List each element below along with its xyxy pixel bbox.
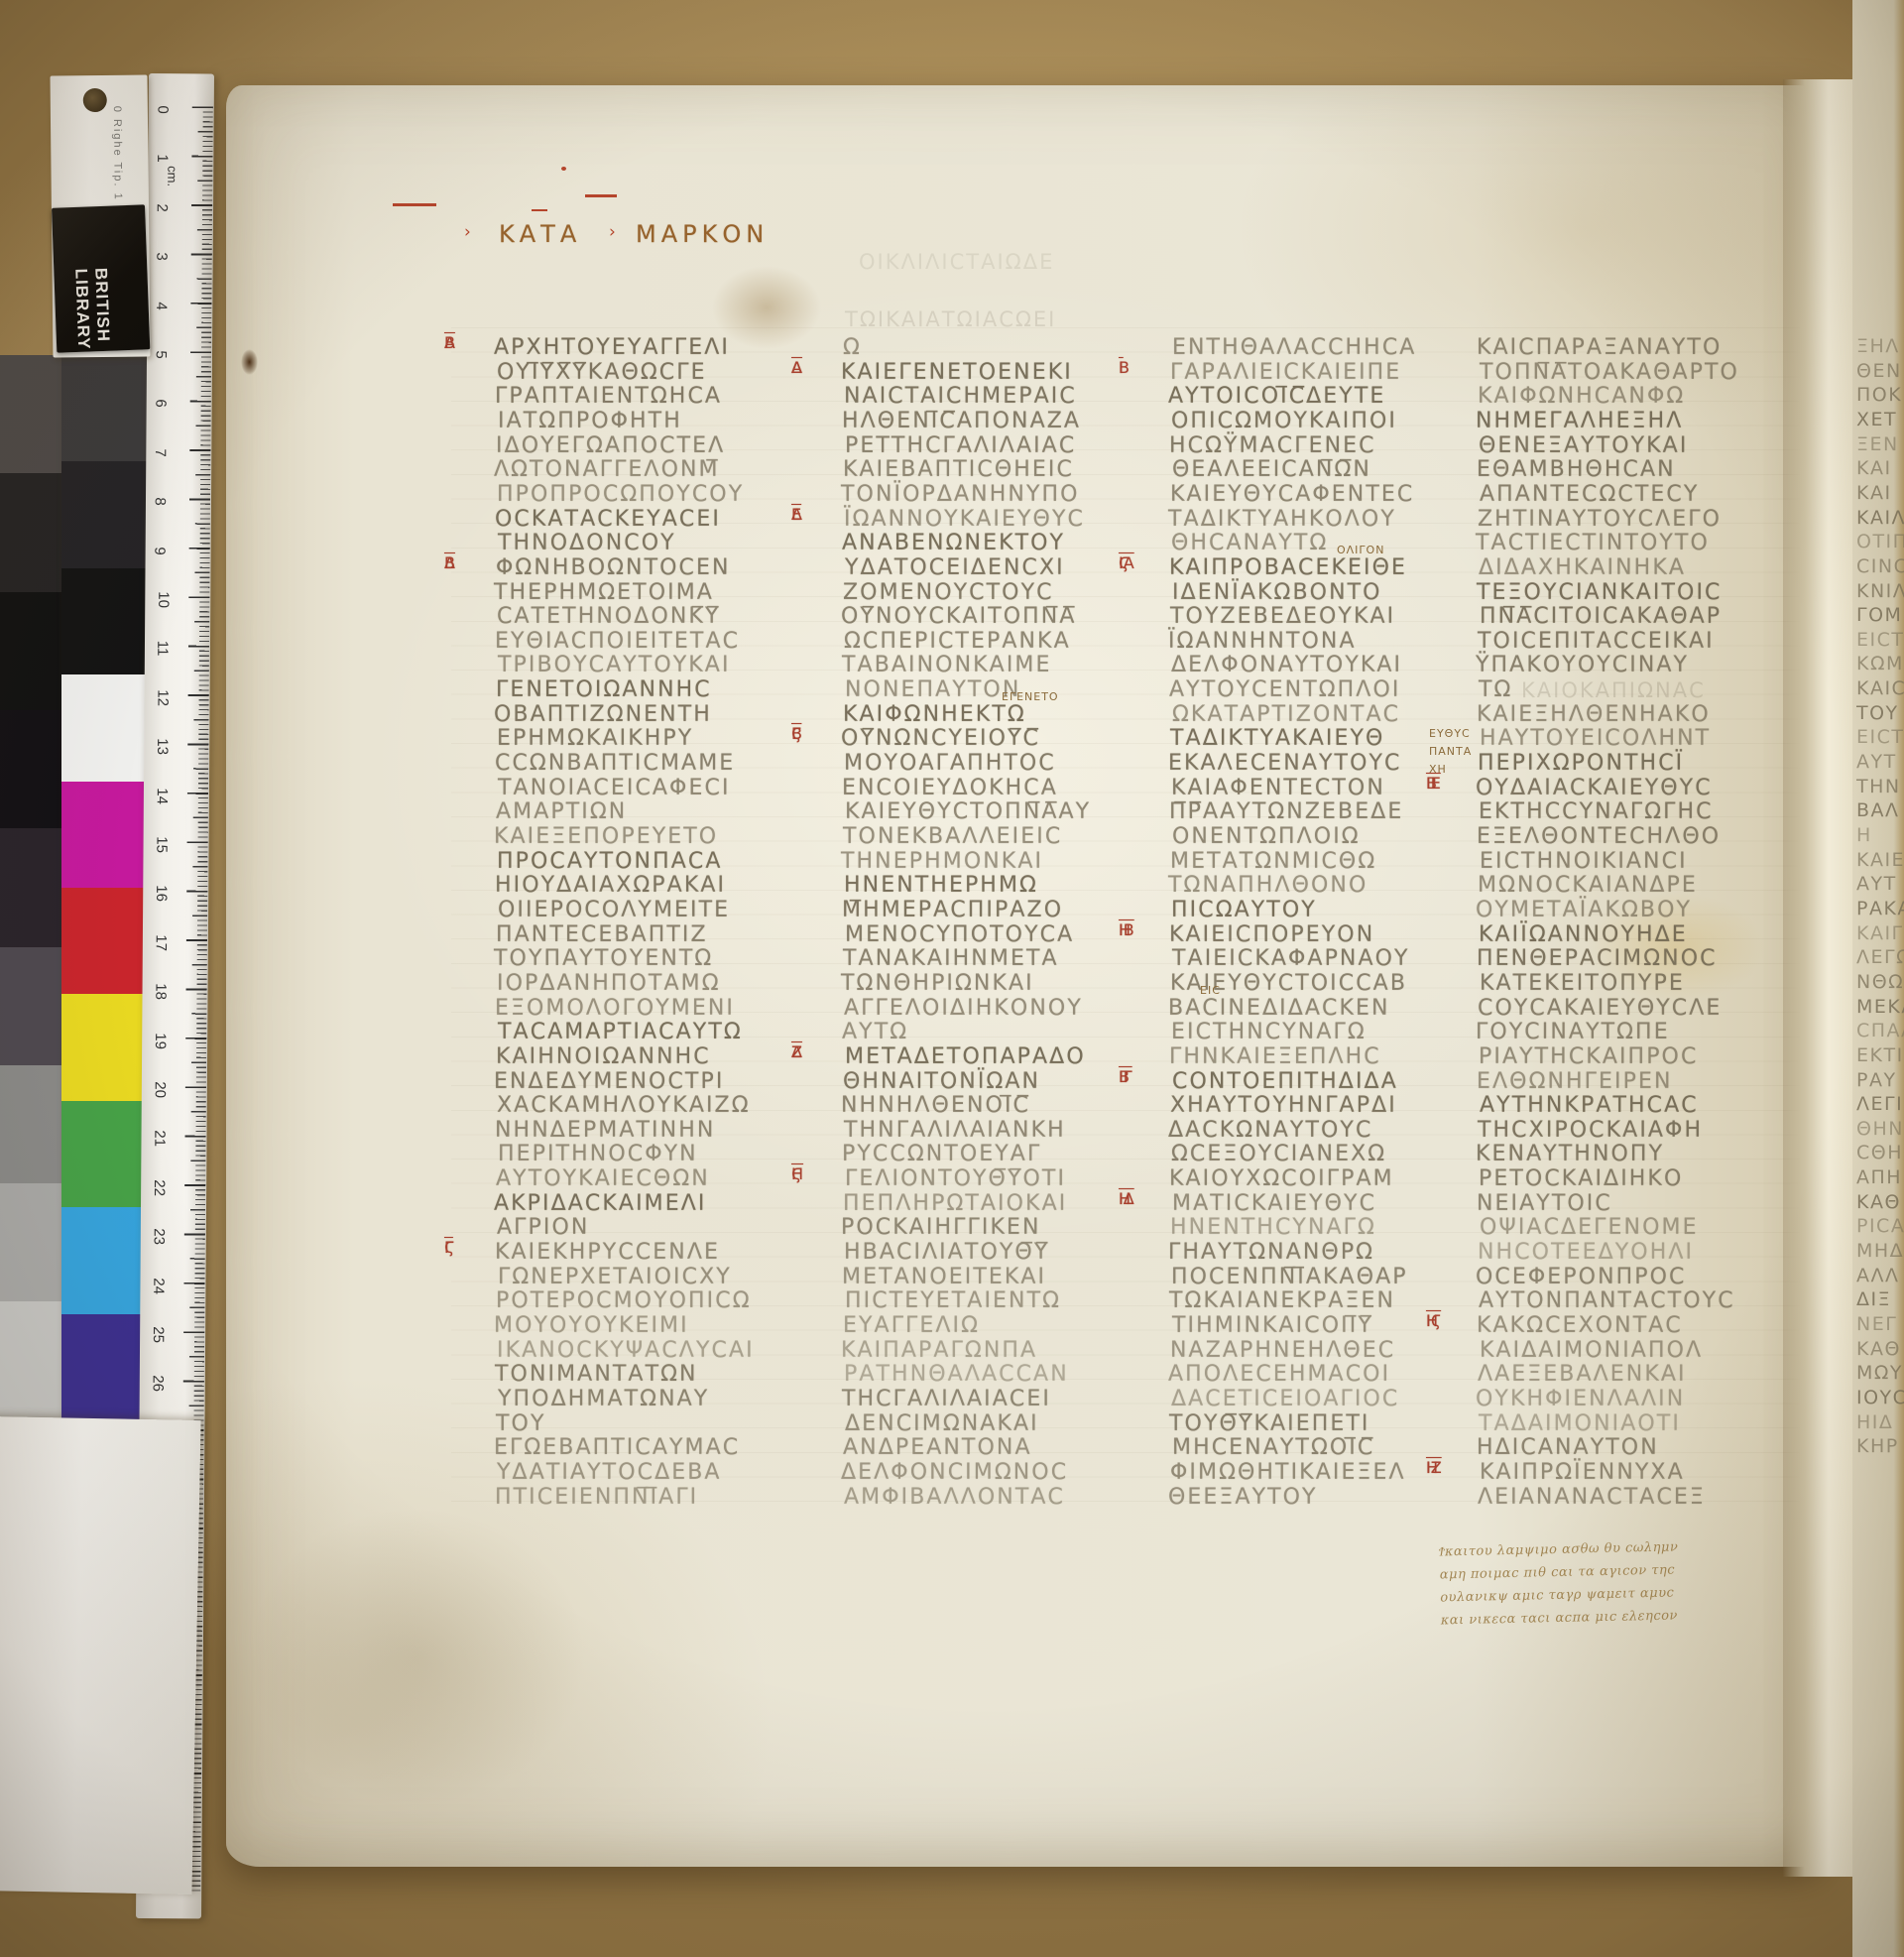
manuscript-line: ΕΚΑΛΕϹΕΝΑΥΤΟΥϹ	[1168, 751, 1402, 776]
facing-page-line-fragment: ΒΑΛ	[1856, 799, 1904, 821]
facing-page-line-fragment: ΑΠΗ	[1856, 1166, 1904, 1188]
ruler-number: 24	[150, 1278, 167, 1294]
manuscript-line: ΤΟΝΪΟΡΔΑΝΗΝΥΠΟ	[841, 482, 1080, 507]
manuscript-line: ΔΙΔΑΧΗΚΑΙΝΗΚΑ	[1479, 555, 1686, 580]
manuscript-line: ΚΑΙΕΞΕΠΟΡΕΥΕΤΟ	[494, 824, 718, 849]
manuscript-line: ΖΟΜΕΝΟΥϹΤΟΥϹ	[843, 580, 1054, 605]
manuscript-line: ΟΒΑΠΤΙΖΩΝΕΝΤΗ	[494, 702, 712, 727]
manuscript-line: ϹϹΩΝΒΑΠΤΙϹΜΑΜΕ	[495, 751, 735, 776]
manuscript-line: ΤΑΔΙΚΤΥΑΚΑΙΕΥΘ	[1170, 726, 1384, 751]
manuscript-line: ΟΥΜΕΤΑΪΑΚΩΒΟΥ	[1476, 898, 1692, 922]
manuscript-line: ΚΑΙΕΚΗΡΥϹϹΕΝΛΕ	[495, 1240, 720, 1265]
manuscript-line: ΟϹΕΦΕΡΟΝΠΡΟϹ	[1476, 1265, 1687, 1289]
manuscript-line: ΠΡΟΠΡΟϹΩΠΟΥϹΟΥ	[497, 482, 744, 507]
manuscript-line: ΓΩΝΕΡΧΕΤΑΙΟΙϹΧΥ	[498, 1265, 732, 1289]
ruler-number: 19	[152, 1033, 169, 1049]
ruler-number: 1	[154, 155, 171, 163]
manuscript-line: ΤΗϹΧΙΡΟϹΚΑΙΑΦΗ	[1478, 1118, 1703, 1143]
facing-page-line-fragment: ΚΑΙ	[1856, 482, 1904, 504]
manuscript-line: ΡΕΤΤΗϹΓΑΛΙΛΑΙΑϹ	[845, 433, 1076, 458]
facing-page-line-fragment: ΞΗΛ	[1856, 335, 1904, 357]
facing-page-line-fragment: ΔΙΞ	[1856, 1288, 1904, 1310]
manuscript-line: ΤΑϹΑΜΑΡΤΙΑϹΑΥΤΩ	[498, 1020, 743, 1044]
eusebian-canon-number: Η	[1119, 1189, 1130, 1209]
manuscript-line: ΚΕΝΑΥΤΗΝΟΠΥ	[1476, 1142, 1664, 1166]
manuscript-line: ΜΩΝΟϹΚΑΙΑΝΔΡΕ	[1478, 873, 1698, 898]
manuscript-line: ΧΑϹΚΑΜΗΛΟΥΚΑΙΖΩ	[497, 1093, 751, 1118]
manuscript-line: ϹΟΥϹΑΚΑΙΕΥΘΥϹΛΕ	[1478, 996, 1722, 1021]
manuscript-line: ΑΥΤΟΝΠΑΝΤΑϹΤΟΥϹ	[1479, 1288, 1735, 1313]
manuscript-line: ΧΗΑΥΤΟΥΗΝΓΑΡΔΙ	[1170, 1093, 1397, 1118]
manuscript-line: ΜΑΤΙϹΚΑΙΕΥΘΥϹ	[1172, 1191, 1376, 1216]
ruler-number: 12	[154, 689, 171, 706]
manuscript-photo: cm. 012345678910111213141516171819202122…	[0, 0, 1904, 1957]
manuscript-line: ΤΩΝΑΠΗΛΘΟΝΟ	[1168, 873, 1368, 898]
manuscript-line: ΘΕΝΕΞΑΥΤΟΥΚΑΙ	[1479, 433, 1688, 458]
manuscript-line: ΝΗΝΔΕΡΜΑΤΙΝΗΝ	[495, 1118, 715, 1143]
manuscript-line: ΚΑΙϹΠΑΡΑΞΑΝΑΥΤΟ	[1477, 335, 1722, 360]
manuscript-line: Ω	[843, 335, 862, 360]
white-backing-card	[0, 1416, 201, 1895]
manuscript-line: ΠΙϹΤΕΥΕΤΑΙΕΝΤΩ	[845, 1288, 1061, 1313]
facing-page-line-fragment: ΘΕΝ	[1856, 360, 1904, 382]
ruler-number: 18	[152, 983, 169, 1000]
manuscript-line: ΤΟΙϹΕΠΙΤΑϹϹΕΙΚΑΙ	[1478, 629, 1715, 654]
color-patch-red	[61, 888, 151, 995]
manuscript-line: ΤΗΝΓΑΛΙΛΑΙΑΝΚΗ	[844, 1118, 1066, 1143]
ruler-number: 23	[151, 1228, 168, 1245]
manuscript-line: ΔΕΛΦΟΝϹΙΜΩΝΟϹ	[841, 1460, 1068, 1485]
facing-page-line-fragment: ϹΙΝϹ	[1856, 555, 1904, 577]
ruler-number: 14	[154, 788, 171, 804]
manuscript-line: ΟϹΚΑΤΑϹΚΕΥΑϹΕΙ	[495, 507, 721, 532]
manuscript-line: ΚΑΤΕΚΕΙΤΟΠΥΡΕ	[1480, 971, 1685, 996]
manuscript-line: ΟΠΙϹΩΜΟΥΚΑΙΠΟΙ	[1171, 409, 1397, 433]
manuscript-line: ΙΚΑΝΟϹΚΥΨΑϹΛΥϹΑΙ	[497, 1338, 755, 1363]
manuscript-line: ΖΗΤΙΝΑΥΤΟΥϹΛΕΓΟ	[1478, 507, 1722, 532]
manuscript-line: ΑΥΤΟΥϹΕΝΤΩΠΛΟΙ	[1169, 677, 1400, 702]
manuscript-line: ΚΑΙΕΞΗΛΘΕΝΗΑΚΟ	[1477, 702, 1711, 727]
erased-ghost-text: ΟΙΚΛΙΛΙϹΤΑΙΩΔΕ	[859, 250, 1054, 274]
ruler-number: 3	[153, 253, 170, 261]
ruler-number: 25	[150, 1326, 167, 1343]
manuscript-line: ΑΜΦΙΒΑΛΛΟΝΤΑϹ	[844, 1485, 1065, 1510]
manuscript-line: ΕΞΕΛΘΟΝΤΕϹΗΛΘΟ	[1477, 824, 1721, 849]
manuscript-line: ΤΩΝΘΗΡΙΩΝΚΑΙ	[841, 971, 1034, 996]
manuscript-line: ΤΟΝΙΜΑΝΤΑΤΩΝ	[495, 1362, 698, 1387]
manuscript-line: ΤΑΙΕΙϹΚΑΦΑΡΝΑΟΥ	[1172, 946, 1410, 971]
manuscript-line: ΓΕΝΕΤΟΙΩΑΝΝΗϹ	[496, 677, 712, 702]
manuscript-line: ΙΔΟΥΕΓΩΑΠΟϹΤΕΛ	[496, 433, 725, 458]
manuscript-line: ΟΥΙ̅Υ̅Χ̅Υ̅ΚΑΘΩϹΓΕ	[497, 360, 707, 385]
manuscript-line: ΚΑΙΕΥΘΥϹΤΟΠΝ̅Α̅ΑΥ	[845, 799, 1091, 824]
grayscale-step	[0, 473, 61, 592]
color-calibration-strip	[61, 355, 151, 1420]
manuscript-line: ΚΑΙΕΥΘΥϹΑΦΕΝΤΕϹ	[1170, 482, 1414, 507]
ruler-number: 22	[151, 1179, 168, 1196]
eusebian-canon-number: Η	[1119, 920, 1130, 940]
facing-page-line-fragment: ΚΗΡ	[1856, 1435, 1904, 1457]
manuscript-line: ΕΝΔΕΔΥΜΕΝΟϹΤΡΙ	[494, 1069, 724, 1094]
manuscript-line: ΤΙΗΜΙΝΚΑΙϹΟΙΙ̅Υ̅	[1172, 1313, 1373, 1338]
manuscript-line: ΛΑΕΞΕΒΑΛΕΝΚΑΙ	[1478, 1362, 1687, 1387]
cursive-marginal-note: Ϯκαιτου λαμψιμο ασθω θυ ϲωλημναμη ποιμαϲ…	[1439, 1534, 1768, 1633]
red-dot	[561, 167, 566, 171]
manuscript-line: ΕΞΟΜΟΛΟΓΟΥΜΕΝΙ	[495, 996, 735, 1021]
manuscript-line: ΡΑΤΗΝΘΑΛΑϹϹΑΝ	[844, 1362, 1069, 1387]
manuscript-line: ΝΑΙϹΤΑΙϹΗΜΕΡΑΙϹ	[844, 384, 1077, 409]
grayscale-step	[0, 828, 61, 947]
manuscript-line: ΜΕΤΑΝΟΕΙΤΕΚΑΙ	[842, 1265, 1046, 1289]
manuscript-line: ΠΟϹΕΝΠΝ̅Ι̅ΑΚΑΘΑΡ	[1171, 1265, 1408, 1289]
facing-page-line-fragment: ΑΥΤ	[1856, 751, 1904, 773]
manuscript-line: ΤΟΥΠΑΥΤΟΥΕΝΤΩ	[494, 946, 713, 971]
library-label-line2: LIBRARY	[70, 268, 93, 350]
red-ornament-stroke	[585, 194, 617, 197]
color-patch-black	[61, 568, 151, 675]
facing-page-line-fragment: ΓΟΜ	[1856, 604, 1904, 626]
manuscript-line: ΗΒΑϹΙΛΙΑΤΟΥΘ̅Υ̅	[844, 1240, 1049, 1265]
facing-page-line-fragment: ΜΗΔ	[1856, 1240, 1904, 1262]
manuscript-line: Π̅Ρ̅ΑΑΥΤΩΝΖΕΒΕΔΕ	[1169, 799, 1403, 824]
manuscript-line: ΤΡΙΒΟΥϹΑΥΤΟΥΚΑΙ	[498, 653, 731, 677]
manuscript-line: ΤΑΔΙΚΤΥΑΗΚΟΛΟΥ	[1168, 507, 1396, 532]
interlinear-correction: ΟΛΙΓΟΝ	[1337, 544, 1384, 556]
eusebian-canon-number: Β	[444, 333, 455, 353]
color-patch-white	[61, 674, 151, 782]
manuscript-line: ΕΡΗΜΩΚΑΙΚΗΡΥ	[497, 726, 693, 751]
manuscript-line: ΤΗϹΓΑΛΙΛΑΙΑϹΕΙ	[842, 1387, 1051, 1411]
manuscript-line: ΘΗΝΑΙΤΟΝΪΩΑΝ	[843, 1069, 1040, 1094]
manuscript-line: ΝΑΖΑΡΗΝΕΗΛΘΕϹ	[1170, 1338, 1395, 1363]
manuscript-line: ΦΙΜΩΘΗΤΙΚΑΙΕΞΕΛ	[1170, 1460, 1406, 1485]
manuscript-line: ΤΩ	[1479, 677, 1512, 702]
manuscript-line: ΡΟΤΕΡΟϹΜΟΥΟΠΙϹΩ	[496, 1288, 752, 1313]
manuscript-line: ΕΚΤΗϹϹΥΝΑΓΩΓΗϹ	[1479, 799, 1714, 824]
corrector-note-line: ΠΑΝΤΑ	[1429, 743, 1472, 761]
manuscript-line: ΗΝΕΝΤΗΕΡΗΜΩ	[844, 873, 1038, 898]
manuscript-line: ΑΥΤΟΙϹΟΙ̅Ϲ̅ΔΕΥΤΕ	[1168, 384, 1385, 409]
manuscript-line: ΚΑΙΪΩΑΝΝΟΥΗΔΕ	[1479, 922, 1688, 947]
manuscript-line: ΩΚΑΤΑΡΤΙΖΟΝΤΑϹ	[1172, 702, 1400, 727]
manuscript-line: ΑΥΤΟΥΚΑΙΕϹΘΩΝ	[496, 1166, 710, 1191]
interlinear-correction: ΕΙϹ	[1200, 984, 1221, 997]
book-title-markon: ΜΑΡΚΟΝ	[636, 220, 769, 248]
eusebian-canon-number: Β	[1119, 1067, 1130, 1087]
manuscript-line: ΤΟΥΘ̅Υ̅ΚΑΙΕΠΕΤΙ	[1169, 1411, 1369, 1436]
manuscript-line: ΔΑϹΚΩΝΑΥΤΟΥϹ	[1168, 1118, 1372, 1143]
grayscale-calibration-strip	[0, 355, 61, 1420]
color-patch-yellow	[61, 994, 151, 1101]
facing-page-line-fragment: ϹΠΑΛ	[1856, 1020, 1904, 1041]
manuscript-line: ΩϹΕΞΟΥϹΙΑΝΕΧΩ	[1171, 1142, 1386, 1166]
eusebian-canon-number: Δ	[791, 1042, 802, 1062]
manuscript-line: ΚΑΙΦΩΝΗϹΑΝΦΩ	[1478, 384, 1685, 409]
ruler-number: 17	[153, 934, 170, 951]
manuscript-line: ΟΥ̅ΝΟΥϹΚΑΙΤΟΠΝ̅Α̅	[841, 604, 1077, 629]
eusebian-canon-number: Ϛ	[444, 1238, 454, 1258]
manuscript-line: ΠΕΝΘΕΡΑϹΙΜΩΝΟϹ	[1477, 946, 1718, 971]
manuscript-line: ΜΕΤΑΔΕΤΟΠΑΡΑΔΟ	[845, 1044, 1086, 1069]
manuscript-line: ΕΙϹΤΗΝΟΙΚΙΑΝϹΙ	[1480, 849, 1688, 874]
manuscript-line: ΟΥ̅ΝΩΝϹΥΕΙΟΥ̅Ϲ̅	[841, 726, 1040, 751]
eusebian-canon-number: Η	[1426, 1311, 1438, 1331]
facing-page-line-fragment: ΙΟΥϹ	[1856, 1387, 1904, 1408]
manuscript-line: ΤΗΕΡΗΜΩΕΤΟΙΜΑ	[494, 580, 714, 605]
facing-page-line-fragment: ΛΕΓΙ	[1856, 1093, 1904, 1115]
manuscript-line: ΓΗΑΥΤΩΝΑΝΘΡΩ	[1168, 1240, 1374, 1265]
manuscript-line: ΜΟΥΟΑΓΑΠΗΤΟϹ	[844, 751, 1056, 776]
facing-page-line-fragment: ΞΕΝ	[1856, 433, 1904, 455]
facing-page-line-fragment: ϹΘΗ	[1856, 1142, 1904, 1163]
manuscript-line: ΥΔΑΤΙΑΥΤΟϹΔΕΒΑ	[497, 1460, 722, 1485]
ruler-number: 26	[150, 1376, 167, 1393]
color-patch-charcoal	[61, 461, 151, 568]
manuscript-line: ϹΑΤΕΤΗΝΟΔΟΝΚ̅Υ̅	[497, 604, 721, 629]
facing-page-line-fragment: ΡΑΥ	[1856, 1069, 1904, 1091]
manuscript-line: ΤΑΝΑΚΑΙΗΝΜΕΤΑ	[843, 946, 1059, 971]
color-patch-indigo	[61, 1314, 151, 1421]
british-library-label: BRITISH LIBRARY	[52, 204, 150, 352]
facing-page-line-fragment: ΜΩΥ	[1856, 1362, 1904, 1384]
manuscript-line: ΔΕΛΦΟΝΑΥΤΟΥΚΑΙ	[1171, 653, 1402, 677]
ruler-number: 7	[152, 448, 169, 456]
manuscript-line: ΤΩΚΑΙΑΝΕΚΡΑΞΕΝ	[1169, 1288, 1395, 1313]
facing-page-line-fragment: ΧΕΤ	[1856, 409, 1904, 430]
facing-page-line-fragment: ΝΘΩ	[1856, 971, 1904, 993]
red-ornament-stroke	[393, 203, 436, 206]
manuscript-line: ΟΥΚΗΦΙΕΝΛΑΛΙΝ	[1476, 1387, 1685, 1411]
facing-page-line-fragment: ΚΑΘ	[1856, 1338, 1904, 1360]
manuscript-line: ΗΝΕΝΤΗϹΥΝΑΓΩ	[1170, 1215, 1376, 1240]
manuscript-line: Μ̅ΗΜΕΡΑϹΠΙΡΑΖΟ	[842, 898, 1063, 922]
manuscript-line: ΠΙϹΩΑΥΤΟΥ	[1171, 898, 1317, 922]
manuscript-line: ΚΑΙΗΝΟΙΩΑΝΝΗϹ	[496, 1044, 711, 1069]
ruler-number: 4	[153, 302, 170, 309]
facing-page-line-fragment: ΝΕΓ	[1856, 1313, 1904, 1335]
manuscript-line: ΕΥΑΓΓΕΛΙΩ	[843, 1313, 980, 1338]
manuscript-line: ΑΓΡΙΟΝ	[497, 1215, 589, 1240]
manuscript-line: ΚΑΙΔΑΙΜΟΝΙΑΠΟΛ	[1480, 1338, 1703, 1363]
manuscript-line: ΪΩΑΝΝΟΥΚΑΙΕΥΘΥϹ	[844, 507, 1085, 532]
manuscript-line: ΤΟΥ	[496, 1411, 546, 1436]
manuscript-line: ΓΕΛΙΟΝΤΟΥΘ̅Υ̅ΟΤΙ	[845, 1166, 1066, 1191]
manuscript-line: ΤΟΝΕΚΒΑΛΛΕΙΕΙϹ	[843, 824, 1062, 849]
manuscript-line: ΤΑΝΟΙΑϹΕΙϹΑΦΕϹΙ	[498, 776, 731, 800]
ruler-number: 13	[154, 738, 171, 755]
facing-page-line-fragment: Η	[1856, 824, 1904, 846]
eusebian-canon-number: Δ	[444, 553, 455, 573]
manuscript-line: ΚΑΙΠΡΟΒΑϹΕΚΕΙΘΕ	[1169, 555, 1407, 580]
manuscript-line: ΦΩΝΗΒΟΩΝΤΟϹΕΝ	[496, 555, 731, 580]
manuscript-line: ΚΑΙΕΒΑΠΤΙϹΘΗΕΙϹ	[843, 457, 1074, 482]
ruler-number: 8	[152, 498, 169, 506]
red-ornament-stroke	[532, 209, 547, 211]
manuscript-line: ΓΑΡΑΛΙΕΙϹΚΑΙΕΙΠΕ	[1170, 360, 1401, 385]
manuscript-line: ΠΤΙϹΕΙΕΝΠΝ̅Ι̅ΑΓΙ	[495, 1485, 698, 1510]
manuscript-line: ΙΟΡΔΑΝΗΠΟΤΑΜΩ	[497, 971, 721, 996]
facing-page-line-fragment: ΑΥΤ	[1856, 873, 1904, 895]
manuscript-line: ΤΑΔΑΙΜΟΝΙΑΟΤΙ	[1479, 1411, 1681, 1436]
manuscript-line: ΝΟΝΕΠΑΥΤΟΝ	[845, 677, 1020, 702]
manuscript-line: ΟΝΕΝΤΩΠΛΟΙΩ	[1172, 824, 1361, 849]
grayscale-step	[0, 355, 61, 474]
manuscript-line: ΡΥϹϹΩΝΤΟΕΥΑΓ	[842, 1142, 1041, 1166]
facing-page-line-fragment: ΠΟΚ	[1856, 384, 1904, 406]
manuscript-line: ΟΨΙΑϹΔΕΓΕΝΟΜΕ	[1480, 1215, 1699, 1240]
manuscript-line: ΝΕΙΑΥΤΟΙϹ	[1477, 1191, 1612, 1216]
manuscript-line: ΙΔΕΝΪΑΚΩΒΟΝΤΟ	[1172, 580, 1382, 605]
manuscript-line: ΗΔΙϹΑΝΑΥΤΟΝ	[1477, 1435, 1659, 1460]
manuscript-line: ΕΥΘΙΑϹΠΟΙΕΙΤΕΤΑϹ	[495, 629, 740, 654]
manuscript-line: ΕΙϹΤΗΝϹΥΝΑΓΩ	[1171, 1020, 1367, 1044]
ruler-number: 2	[154, 203, 171, 211]
manuscript-line: ΝΗΝΗΛΘΕΝΟΙ̅Ϲ̅	[841, 1093, 1030, 1118]
manuscript-line: ΤΟΥΖΕΒΕΔΕΟΥΚΑΙ	[1170, 604, 1395, 629]
ruler-number: 16	[153, 886, 170, 903]
ruler-number: 11	[154, 641, 171, 657]
facing-page-line-fragment: ΚΩΜ	[1856, 653, 1904, 674]
color-patch-green	[61, 1101, 151, 1208]
ruler-number: 0	[154, 105, 171, 113]
manuscript-line: ΓΡΑΠΤΑΙΕΝΤΩΗϹΑ	[495, 384, 722, 409]
manuscript-line: ΓΟΥϹΙΝΑΥΤΩΠΕ	[1476, 1020, 1670, 1044]
facing-page-line-fragment: ΤΗΝ	[1856, 776, 1904, 797]
facing-page-line-fragment: ΗΙΔ	[1856, 1411, 1904, 1433]
manuscript-line: ΚΑΙΕΓΕΝΕΤΟΕΝΕΚΙ	[841, 360, 1073, 385]
manuscript-line: ΚΑΚΩϹΕΧΟΝΤΑϹ	[1477, 1313, 1683, 1338]
color-patch-magenta	[61, 782, 151, 889]
manuscript-line: ΠΡΟϹΑΥΤΟΝΠΑϹΑ	[497, 849, 723, 874]
color-patch-dark-gray	[61, 355, 151, 462]
manuscript-line: ΑΠΟΛΕϹΕΗΜΑϹΟΙ	[1168, 1362, 1390, 1387]
facing-page-line-fragment: ΕΚΤΙ	[1856, 1044, 1904, 1066]
manuscript-line: ΡΟϹΚΑΙΗΓΓΙΚΕΝ	[841, 1215, 1041, 1240]
manuscript-line: ΕΝϹΟΙΕΥΔΟΚΗϹΑ	[842, 776, 1058, 800]
grayscale-step	[0, 592, 61, 711]
ruler-number: 5	[153, 350, 170, 358]
manuscript-line: ΤΗΝΟΔΟΝϹΟΥ	[498, 531, 676, 555]
manuscript-line: ΗΑΥΤΟΥΕΙϹΟΛΗΝΤ	[1480, 726, 1711, 751]
manuscript-line: ΗΛΘΕΝΙ̅Ϲ̅ΑΠΟΝΑΖΑ	[842, 409, 1081, 433]
manuscript-line: ΝΗϹΟΤΕΕΔΥΟΗΛΙ	[1478, 1240, 1694, 1265]
manuscript-line: ΠΕΠΛΗΡΩΤΑΙΟΚΑΙ	[843, 1191, 1067, 1216]
ruler-number: 6	[152, 400, 169, 408]
red-diple-mark: ›	[609, 222, 616, 242]
manuscript-line: ϹΟΝΤΟΕΠΙΤΗΔΙΔΑ	[1172, 1069, 1398, 1094]
facing-page-line-fragment: ΜΕΚΑ	[1856, 996, 1904, 1018]
manuscript-line: ΟΥΔΑΙΑϹΚΑΙΕΥΘΥϹ	[1476, 776, 1713, 800]
color-patch-cyan	[61, 1207, 151, 1314]
eusebian-canon-number: Α	[791, 358, 802, 378]
ruler-number: 15	[153, 836, 170, 853]
calibration-card: 0 Righe Tip. 1 2 3 4 BRITISH LIBRARY	[51, 74, 151, 357]
grayscale-step	[0, 947, 61, 1066]
book-title-kata: ΚΑΤΑ	[499, 220, 581, 248]
manuscript-line: ΫΠΑΚΟΥΟΥϹΙΝΑΥ	[1476, 653, 1689, 677]
red-diple-mark: ›	[464, 222, 471, 242]
manuscript-line: ΟΙΙΕΡΟϹΟΛΥΜΕΙΤΕ	[498, 898, 730, 922]
corrector-note-line: ΧΗ	[1429, 761, 1472, 779]
manuscript-line: ΜΕΤΑΤΩΝΜΙϹΘΩ	[1170, 849, 1376, 874]
manuscript-line: ΥΠΟΔΗΜΑΤΩΝΑΥ	[498, 1387, 709, 1411]
manuscript-line: ΤΗΝΕΡΗΜΟΝΚΑΙ	[841, 849, 1043, 874]
manuscript-line: ΕΓΩΕΒΑΠΤΙϹΑΥΜΑϹ	[494, 1435, 740, 1460]
manuscript-line: ΑΝΑΒΕΝΩΝΕΚΤΟΥ	[842, 531, 1065, 555]
card-hole	[83, 88, 107, 112]
facing-page-line-fragment: ΤΟΥ	[1856, 702, 1904, 724]
manuscript-line: ΑΥΤΩ	[842, 1020, 908, 1044]
erased-ghost-text: ΤΩΙΚΑΙΑΤΩΙΑϹΩΕΙ	[845, 307, 1056, 331]
facing-page-line-fragment: ΟΤΙΠ	[1856, 531, 1904, 552]
erased-ghost-text: ΚΑΙΟΚΑΠΙΩΝΑϹ	[1521, 678, 1706, 702]
facing-page-line-fragment: ΚΝΙΛ	[1856, 580, 1904, 602]
manuscript-line: ΚΑΙΑΦΕΝΤΕϹΤΟΝ	[1171, 776, 1385, 800]
manuscript-line: ΑΚΡΙΔΑϹΚΑΙΜΕΛΙ	[494, 1191, 706, 1216]
manuscript-line: ΠΕΡΙΧΩΡΟΝΤΗϹΪ	[1478, 751, 1684, 776]
eusebian-canon-number: Η	[1426, 1458, 1438, 1478]
manuscript-line: ΑΡΧΗΤΟΥΕΥΑΓΓΕΛΙ	[494, 335, 730, 360]
manuscript-line: ΕΛΘΩΝΗΓΕΙΡΕΝ	[1477, 1069, 1673, 1094]
grayscale-step	[0, 710, 61, 829]
facing-page-line-fragment: ΡΙϹΑ	[1856, 1215, 1904, 1237]
manuscript-line: ΡΕΤΟϹΚΑΙΔΙΗΚΟ	[1479, 1166, 1683, 1191]
manuscript-line: ΑΥΤΗΝΚΡΑΤΗϹΑϹ	[1480, 1093, 1699, 1118]
manuscript-line: ΛΕΙΑΝΑΝΑϹΤΑϹΕΞ	[1478, 1485, 1706, 1510]
manuscript-line: ΙΑΤΩΠΡΟΦΗΤΗ	[498, 409, 682, 433]
manuscript-line: ΡΙΑΥΤΗϹΚΑΙΠΡΟϹ	[1479, 1044, 1698, 1069]
manuscript-line: ΔΑϹΕΤΙϹΕΙΟΑΓΙΟϹ	[1171, 1387, 1399, 1411]
eusebian-canon-number: Β	[791, 724, 802, 744]
manuscript-line: ΑΜΑΡΤΙΩΝ	[496, 799, 627, 824]
manuscript-line: ΚΑΙΠΡΩΪΕΝΝΥΧΑ	[1480, 1460, 1685, 1485]
manuscript-line: ΛΩΤΟΝΑΓΓΕΛΟΝΜ̅	[494, 457, 720, 482]
ruler-number: 10	[155, 591, 172, 608]
manuscript-line: ΚΑΙΟΥΧΩϹΟΙΓΡΑΜ	[1169, 1166, 1394, 1191]
facing-page-line-fragment: ΚΑΙΛ	[1856, 507, 1904, 529]
grayscale-step	[0, 1301, 61, 1420]
manuscript-line: ΜΕΝΟϹΥΠΟΤΟΥϹΑ	[845, 922, 1074, 947]
facing-page-line-fragment: ΚΑΙϹ	[1856, 677, 1904, 699]
facing-page-line-fragment: ΡΑΚΑ	[1856, 898, 1904, 919]
manuscript-line: ΑΠΑΝΤΕϹΩϹΤΕϹΥ	[1480, 482, 1699, 507]
manuscript-line: ΪΩΑΝΝΗΝΤΟΝΑ	[1168, 629, 1357, 654]
manuscript-line: ΠΑΝΤΕϹΕΒΑΠΤΙΖ	[496, 922, 708, 947]
manuscript-line: ΝΗΜΕΓΑΛΗΕΞΗΛ	[1476, 409, 1683, 433]
manuscript-line: ΚΑΙΦΩΝΗΕΚΤΩ	[843, 702, 1026, 727]
manuscript-line: ΔΕΝϹΙΜΩΝΑΚΑΙ	[845, 1411, 1039, 1436]
facing-page-line-fragment: ΘΗΝ	[1856, 1118, 1904, 1140]
grayscale-step	[0, 1065, 61, 1184]
grayscale-step	[0, 1183, 61, 1302]
facing-page-line-fragment: ΚΑΙ	[1856, 457, 1904, 479]
facing-page-line-fragment: ΚΑΙΕ	[1856, 849, 1904, 871]
library-label-line1: BRITISH	[90, 268, 113, 343]
manuscript-line: ΥΔΑΤΟϹΕΙΔΕΝϹΧΙ	[845, 555, 1065, 580]
manuscript-line: ΑΝΔΡΕΑΝΤΟΝΑ	[843, 1435, 1032, 1460]
manuscript-line: ΚΑΙΠΑΡΑΓΩΝΠΑ	[841, 1338, 1037, 1363]
manuscript-line: ΘΗϹΑΝΑΥΤΩ	[1171, 531, 1328, 555]
manuscript-line: ΠΝ̅Α̅ϹΙΤΟΙϹΑΚΑΘΑΡ	[1480, 604, 1722, 629]
facing-page-line-fragment: ΚΑΙΓ	[1856, 922, 1904, 944]
manuscript-line: ΠΕΡΙΤΗΝΟϹΦΥΝ	[498, 1142, 698, 1166]
manuscript-line: ΓΗΝΚΑΙΕΞΕΠΛΗϹ	[1169, 1044, 1381, 1069]
manuscript-line: ΤΟΠΝ̅Α̅ΤΟΑΚΑΘΑΡΤΟ	[1480, 360, 1739, 385]
manuscript-line: ΕΝΤΗΘΑΛΑϹϹΗΗϹΑ	[1172, 335, 1416, 360]
manuscript-line: ΜΗϹΕΝΑΥΤΩΟΙ̅Ϲ̅	[1172, 1435, 1374, 1460]
manuscript-line: ΤΑϹΤΙΕϹΤΙΝΤΟΥΤΟ	[1476, 531, 1710, 555]
facing-page-line-fragment: ΕΙϹΤ	[1856, 726, 1904, 748]
